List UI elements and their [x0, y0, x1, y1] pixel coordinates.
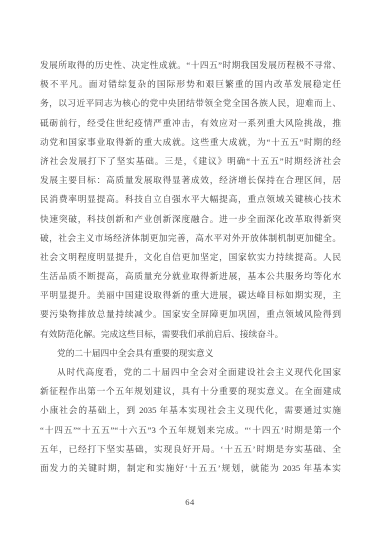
document-page: 发展所取得的历史性、决定性成就。“十四五”时期我国发展历程极不寻常、 极不平凡。… [0, 0, 380, 537]
text-line: 砥砺前行，经受住世纪疫情严重冲击，有效应对一系列重大风险挑战，推 [40, 114, 341, 133]
page-number: 64 [0, 496, 380, 508]
text-line: 民消费率明显提高。科技自立自强水平大幅提高，重点领域关键核心技术 [40, 190, 341, 209]
text-line: 平明显提升。美丽中国建设取得新的重大进展，碳达峰目标如期实现，主 [40, 286, 341, 305]
text-line: 发展所取得的历史性、决定性成就。“十四五”时期我国发展历程极不寻常、 [40, 56, 341, 75]
page-body-text: 发展所取得的历史性、决定性成就。“十四五”时期我国发展历程极不寻常、 极不平凡。… [40, 56, 341, 478]
text-line: 从时代高度看，党的二十届四中全会对全面建设社会主义现代化国家 [40, 363, 341, 382]
text-line: 济社会发展打下了坚实基础。三是，《建议》明确“十五五”时期经济社会 [40, 152, 341, 171]
text-line: 快速突破，科技创新和产业创新深度融合。进一步全面深化改革取得新突 [40, 210, 341, 229]
text-line: 社会文明程度明显提升，文化自信更加坚定，国家软实力持续提高。人民 [40, 248, 341, 267]
text-line: 小康社会的基础上，到 2035 年基本实现社会主义现代化，需要通过实施 [40, 401, 341, 420]
text-line: 发展主要目标：高质量发展取得显著成效，经济增长保持在合理区间，居 [40, 171, 341, 190]
section-heading: 党的二十届四中全会具有重要的现实意义 [40, 344, 341, 363]
text-line: 破，社会主义市场经济体制更加完善，高水平对外开放体制机制更加健全。 [40, 229, 341, 248]
text-line: 有效防范化解。完成这些目标，需要我们承前启后、接续奋斗。 [40, 325, 341, 344]
text-line: “十四五”“十五五”“十六五”3 个五年规划来完成。“‘十四五’时期是第一个 [40, 421, 341, 440]
text-line: 极不平凡。面对错综复杂的国际形势和艰巨繁重的国内改革发展稳定任 [40, 75, 341, 94]
text-line: 五年，已经打下坚实基础，实现良好开局。‘十五五’时期是夯实基础、全 [40, 440, 341, 459]
text-line: 动党和国家事业取得新的重大成就。这些重大成就，为“十五五”时期的经 [40, 133, 341, 152]
text-line: 面发力的关键时期，制定和实施好‘十五五’规划，就能为 2035 年基本实 [40, 459, 341, 478]
text-line: 生活品质不断提高，高质量充分就业取得新进展，基本公共服务均等化水 [40, 267, 341, 286]
text-line: 务，以习近平同志为核心的党中央团结带领全党全国各族人民，迎难而上、 [40, 94, 341, 113]
text-line: 新征程作出第一个五年规划建议，具有十分重要的现实意义。在全面建成 [40, 382, 341, 401]
text-line: 要污染物排放总量持续减少。国家安全屏障更加巩固，重点领域风险得到 [40, 305, 341, 324]
